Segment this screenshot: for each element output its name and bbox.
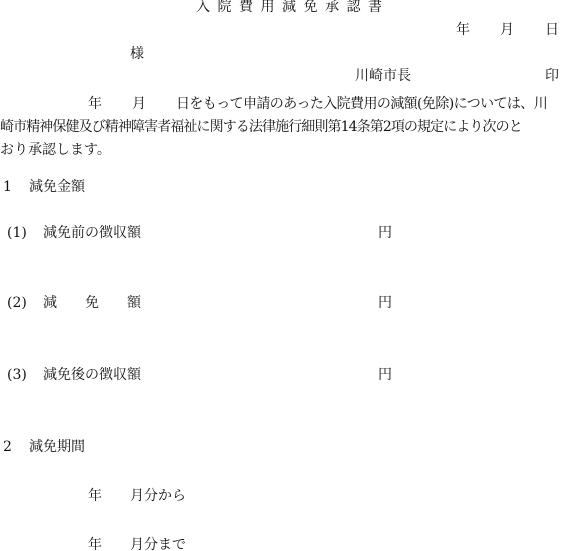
section2-heading: 減免期間: [29, 440, 85, 454]
approval-paragraph: 年月日をもって申請のあった入院費用の減額(免除)については、川 崎市精神保健及び…: [0, 93, 581, 162]
section1-number: 1: [3, 180, 12, 194]
document-title: 入院費用減免承認書: [196, 0, 390, 14]
item1-unit: 円: [378, 226, 392, 240]
paragraph-line-2: 崎市精神保健及び精神障害者福祉に関する法律施行細則第14条第2項の規定により次の…: [0, 116, 581, 139]
item3-unit: 円: [378, 368, 392, 382]
section2-number: 2: [3, 440, 12, 454]
item2-unit: 円: [378, 296, 392, 310]
item3-number: (3): [7, 368, 27, 382]
paragraph-line-1: 年月日をもって申請のあった入院費用の減額(免除)については、川: [0, 93, 581, 116]
body-year-label: 年: [88, 96, 102, 112]
item1-label: 減免前の徴収額: [43, 226, 141, 240]
item2-label: 減 免 額: [43, 296, 141, 310]
period-to-year: 年: [88, 538, 102, 551]
section1-heading: 減免金額: [29, 180, 85, 194]
period-to-text: 月分まで: [130, 538, 186, 551]
paragraph-line-3: おり承認します。: [0, 139, 581, 162]
item2-number: (2): [7, 296, 27, 310]
issuer-name: 川崎市長: [355, 69, 411, 83]
addressee-suffix: 様: [130, 47, 144, 61]
date-month-label: 月: [500, 23, 514, 37]
item1-number: (1): [7, 226, 27, 240]
body-line1-text: 日をもって申請のあった入院費用の減額(免除)については、川: [176, 96, 547, 112]
date-year-label: 年: [456, 23, 470, 37]
period-from-text: 月分から: [130, 489, 186, 503]
body-month-label: 月: [132, 96, 146, 112]
date-day-label: 日: [545, 23, 559, 37]
period-from-year: 年: [88, 489, 102, 503]
item3-label: 減免後の徴収額: [43, 368, 141, 382]
seal-mark: 印: [545, 69, 559, 83]
